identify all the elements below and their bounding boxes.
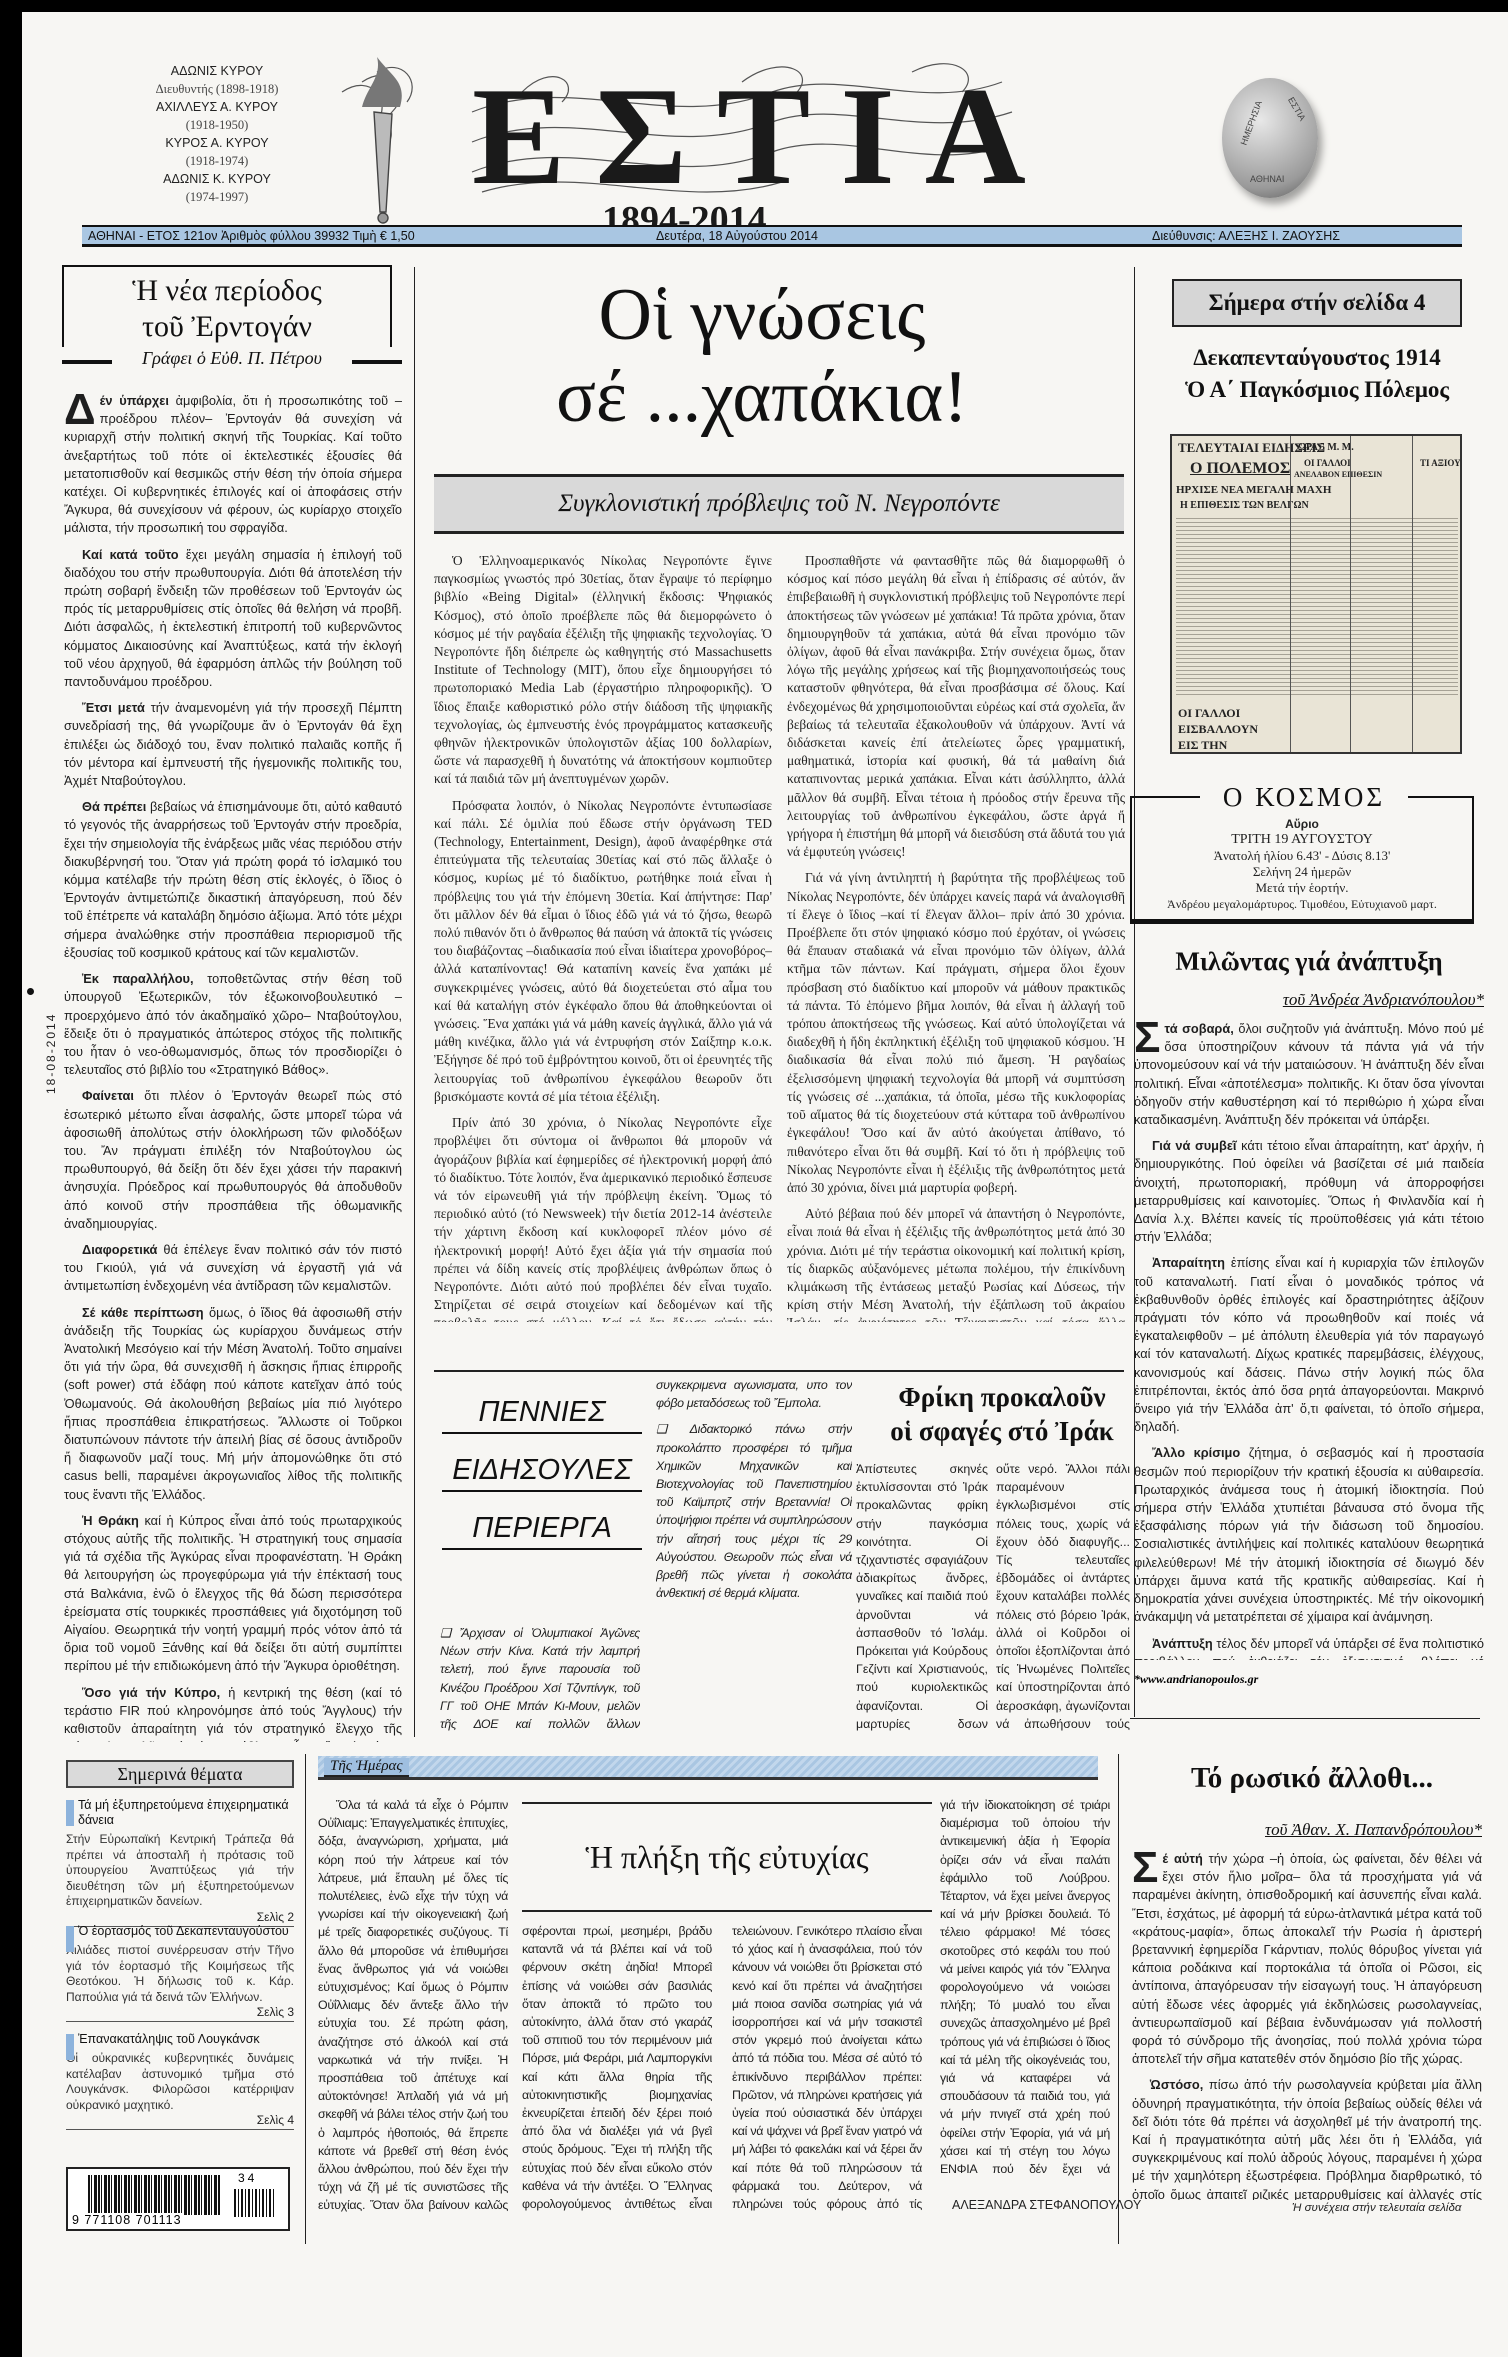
founder-years: (1918-1950) xyxy=(142,116,292,134)
para-lead: Ἀνάπτυξη xyxy=(1152,1636,1213,1651)
topic-title[interactable]: Τά μή ἐξυπηρετούμενα ἐπιχειρηματικά δάνε… xyxy=(66,1798,294,1828)
feature-heading: Δεκαπενταύγουστος 1914 Ὁ Α΄ Παγκόσμιος Π… xyxy=(1142,342,1492,406)
briefs-title-line: ΠΕΡΙΕΡΓΑ xyxy=(442,1510,642,1550)
coin-emblem-icon: ΗΜΕΡΗΣΙΑ ΕΣΤΙΑ ΑΘΗΝΑΙ xyxy=(1222,78,1318,198)
almanac-box: Ο ΚΟΣΜΟΣ Αὔριο ΤΡΙΤΗ 19 ΑΥΓΟΥΣΤΟΥ Ἀνατολ… xyxy=(1130,796,1474,924)
founder-name: ΑΔΩΝΙΣ Κ. ΚΥΡΟΥ xyxy=(142,170,292,188)
paragraph: Ὅλα τά καλά τά εἶχε ὁ Ρόμπιν Οὐΐλιαμς: Ἐ… xyxy=(318,1796,508,2216)
founders-list: ΑΔΩΝΙΣ ΚΥΡΟΥ Διευθυντής (1898-1918) ΑΧΙΛ… xyxy=(142,62,292,206)
topic-page-ref[interactable]: Σελὶς 3 xyxy=(66,2005,294,2022)
paragraph: ἐπίσης εἶναι καί ἡ κυριαρχία τῶν ἐπιλογῶ… xyxy=(1134,1255,1484,1434)
title-line: οἱ σφαγές στό Ἰράκ xyxy=(852,1414,1152,1448)
topic-desc: Οἱ οὐκρανικές κυβερνητικές δυνάμεις κατέ… xyxy=(66,2051,294,2113)
topic-item[interactable]: Ὁ ἑορτασμός τοῦ Δεκαπενταυγούστου Χιλιάδ… xyxy=(66,1924,294,2022)
para-lead: Ἐκ παραλλήλου, xyxy=(82,971,194,986)
paragraph: ὅλοι συζητοῦν γιά ἀνάπτυξη. Μόνο πού μέ … xyxy=(1134,1021,1484,1127)
paragraph: Πρίν ἀπό 30 χρόνια, ὁ Νίκολας Νεγροπόντε… xyxy=(434,1114,772,1322)
almanac-day: ΤΡΙΤΗ 19 ΑΥΓΟΥΣΤΟΥ xyxy=(1132,832,1472,848)
almanac-sun: Ἀνατολή ἡλίου 6.43' - Δύσις 8.13' xyxy=(1132,848,1472,864)
coin-text-left: ΗΜΕΡΗΣΙΑ xyxy=(1239,99,1264,146)
today-page4-box: Σήμερα στήν σελίδα 4 xyxy=(1172,279,1462,327)
iraq-article-title: Φρίκη προκαλοῦν οἱ σφαγές στό Ἰράκ xyxy=(852,1380,1152,1448)
paragraph: ὅμως, ὁ ἴδιος θά ἀφοσιωθῆ στήν ἀνάδειξη … xyxy=(64,1305,402,1502)
title-line: Ἡ νέα περίοδος xyxy=(64,273,390,309)
lead-bold: έ αὐτή xyxy=(1162,1851,1202,1866)
barcode: 34 9 771108 701113 xyxy=(66,2167,290,2231)
column-of-day-header: Τῆς Ἡμέρας xyxy=(318,1756,1098,1780)
paragraph: Προσπαθῆστε νά φαντασθῆτε πῶς θά διαμορφ… xyxy=(787,552,1125,861)
almanac-feast: Μετά τήν ἑορτήν. xyxy=(1132,880,1472,896)
column-of-day-col4: γιά τήν ἰδιοκατοίκηση σέ τριάρι διαμέρισ… xyxy=(940,1796,1110,2176)
clip-text: Ο ΠΟΛΕΜΟΣ xyxy=(1190,460,1290,478)
paragraph: κάτι τέτοιο εἶναι ἀπαραίτητη, κατ' ἀρχήν… xyxy=(1134,1138,1484,1244)
column-signature: ΑΛΕΞΑΝΔΡΑ ΣΤΕΦΑΝΟΠΟΥΛΟΥ xyxy=(952,2198,1141,2212)
paragraph: Ἀπίστευτες σκηνές ἐκτυλίσσονται στό Ἰράκ… xyxy=(856,1460,988,1735)
dropcap: Σ xyxy=(1134,1020,1160,1056)
main-story-col1: Ὁ Ἑλληνοαμερικανός Νίκολας Νεγροπόντε ἔγ… xyxy=(434,552,772,1322)
todays-topics-header: Σημερινά θέματα xyxy=(66,1760,294,1788)
paragraph: Ὁ Ἑλληνοαμερικανός Νίκολας Νεγροπόντε ἔγ… xyxy=(434,552,772,789)
almanac-title: Ο ΚΟΣΜΟΣ xyxy=(1200,782,1408,812)
paragraph: οὔτε νερό. Ἄλλοι πάλι παραμένουν ἐγκλωβι… xyxy=(996,1460,1130,1735)
paragraph: τήν χώρα –ἡ ὁποία, ὡς φαίνεται, δέν θέλε… xyxy=(1132,1851,1482,2066)
paragraph: καί ἡ Κύπρος εἶναι ἀπό τούς πρωταρχικούς… xyxy=(64,1513,402,1674)
development-article-body: Στά σοβαρά, ὅλοι συζητοῦν γιά ἀνάπτυξη. … xyxy=(1134,1020,1484,1660)
russian-article-title: Τό ρωσικό ἄλλοθι... xyxy=(1142,1762,1482,1795)
column-divider xyxy=(1118,1754,1119,2244)
founder-name: ΑΔΩΝΙΣ ΚΥΡΟΥ xyxy=(142,62,292,80)
title-line: Φρίκη προκαλοῦν xyxy=(852,1380,1152,1414)
clip-text: ΩΡΑ 5 Μ. Μ. xyxy=(1298,442,1354,453)
briefs-title-line: ΠΕΝΝΙΕΣ xyxy=(442,1394,642,1434)
paragraph: πίσω ἀπό τήν ρωσολαγνεία κρύβεται μία ἄλ… xyxy=(1132,2077,1482,2200)
clip-body-texture xyxy=(1176,518,1458,698)
column-of-day-col3: τελειώνουν. Γενικότερο πλαίσιο εἶναι τό … xyxy=(732,1922,922,2216)
topic-item[interactable]: Ἐπανακατάληψις τοῦ Λουγκάνσκ Οἱ οὐκρανικ… xyxy=(66,2032,294,2130)
founder-years: (1918-1974) xyxy=(142,152,292,170)
iraq-article-col2: οὔτε νερό. Ἄλλοι πάλι παραμένουν ἐγκλωβι… xyxy=(996,1460,1130,1735)
footnote-url[interactable]: *www.andrianopoulos.gr xyxy=(1134,1672,1258,1687)
column-of-day-col2: σφέρονται πρωί, μεσημέρι, βράδυ καταντᾶ … xyxy=(522,1922,712,2216)
info-bar: ΑΘΗΝΑΙ - ΕΤΟΣ 121ον Ἀριθμὸς φύλλου 39932… xyxy=(82,225,1462,247)
column-divider xyxy=(414,267,415,1737)
title-line: τοῦ Ἐρντογάν xyxy=(64,309,390,345)
lead-bold: έν ὑπάρχει xyxy=(100,393,169,408)
section-divider xyxy=(1130,1718,1480,1719)
clip-text: ΤΙ ΑΞΙΟΥΝ xyxy=(1420,458,1462,468)
lead-bold: τά σοβαρά, xyxy=(1164,1021,1233,1036)
clip-text: ΟΙ ΓΑΛΛΟΙ xyxy=(1178,706,1240,721)
feature-line: Ὁ Α΄ Παγκόσμιος Πόλεμος xyxy=(1142,374,1492,406)
dropcap: Σ xyxy=(1132,1850,1158,1886)
para-lead: Καί κατά τοῦτο xyxy=(82,547,179,562)
coin-text-bottom: ΑΘΗΝΑΙ xyxy=(1250,174,1284,184)
para-lead: Ἡ Θράκη xyxy=(82,1513,139,1528)
paragraph: Πρόσφατα λοιπόν, ὁ Νίκολας Νεγροπόντε ἐν… xyxy=(434,797,772,1106)
para-lead: Ὅσο γιά τήν Κύπρο, xyxy=(82,1685,220,1700)
barcode-addon-icon xyxy=(234,2189,274,2217)
almanac-saints: Ἀνδρέου μεγαλομάρτυρος. Τιμοθέου, Εὐτυχι… xyxy=(1132,896,1472,912)
clip-text: ΑΝΕΛΑΒΟΝ ΕΠΙΘΕΣΙΝ xyxy=(1294,470,1382,479)
issue-info: ΑΘΗΝΑΙ - ΕΤΟΣ 121ον Ἀριθμὸς φύλλου 39932… xyxy=(88,227,415,245)
clip-text: ΟΙ ΓΑΛΛΟΙ xyxy=(1304,458,1351,468)
section-divider xyxy=(434,1370,1124,1372)
almanac-moon: Σελήνη 24 ἡμερῶν xyxy=(1132,864,1472,880)
topic-desc: Στήν Εὐρωπαϊκή Κεντρική Τράπεζα θά πρέπε… xyxy=(66,1832,294,1910)
almanac-tomorrow: Αὔριο xyxy=(1132,816,1472,832)
column-of-day-title: Ἡ πλήξη τῆς εὐτυχίας xyxy=(522,1802,932,1912)
column-divider xyxy=(305,1754,306,2244)
issue-date: Δευτέρα, 18 Αὐγούστου 2014 xyxy=(656,227,818,245)
topic-title[interactable]: Ἐπανακατάληψις τοῦ Λουγκάνσκ xyxy=(66,2032,294,2047)
topic-item[interactable]: Τά μή ἐξυπηρετούμενα ἐπιχειρηματικά δάνε… xyxy=(66,1798,294,1927)
development-article-title: Μιλῶντας γιά ἀνάπτυξη xyxy=(1134,947,1484,977)
brief-item-2: ❑ Ἄρχισαν οἱ Ὀλυμπιακοί Ἀγῶνες Νέων στήν… xyxy=(656,1382,852,1734)
feature-line: Δεκαπενταύγουστος 1914 xyxy=(1142,342,1492,374)
founder-name: ΚΥΡΟΣ Α. ΚΥΡΟΥ xyxy=(142,134,292,152)
paragraph: ἔχει μεγάλη σημασία ἡ ἐπιλογή τοῦ διαδόχ… xyxy=(64,547,402,689)
paragraph: τοποθετῶντας στήν θέση τοῦ ὑπουργοῦ Ἐξωτ… xyxy=(64,971,402,1077)
para-lead: Ὡστόσο, xyxy=(1150,2077,1203,2092)
main-story-col2: Προσπαθῆστε νά φαντασθῆτε πῶς θά διαμορφ… xyxy=(787,552,1125,1322)
founder-years: Διευθυντής (1898-1918) xyxy=(142,80,292,98)
clip-text: ΕΙΣΒΑΛΛΟΥΝ xyxy=(1178,722,1258,737)
paragraph: σφέρονται πρωί, μεσημέρι, βράδυ καταντᾶ … xyxy=(522,1922,712,2216)
para-lead: Θά πρέπει xyxy=(82,799,146,814)
para-lead: Διαφορετικά xyxy=(82,1242,157,1257)
column-of-day-col1: Ὅλα τά καλά τά εἶχε ὁ Ρόμπιν Οὐΐλιαμς: Ἐ… xyxy=(318,1796,508,2216)
paragraph: ζήτημα, ὁ σεβασμός καί ἡ προστασία θεσμῶ… xyxy=(1134,1445,1484,1624)
para-lead: Γιά νά συμβεῖ xyxy=(1152,1138,1236,1153)
paragraph: τελειώνουν. Γενικότερο πλαίσιο εἶναι τό … xyxy=(732,1922,922,2216)
para-lead: Σέ κάθε περίπτωση xyxy=(82,1305,204,1320)
side-date-stamp: 18-08-2014 xyxy=(44,1004,58,1094)
coin-text-right: ΕΣΤΙΑ xyxy=(1286,95,1307,122)
column-label: Τῆς Ἡμέρας xyxy=(324,1758,409,1777)
topic-title[interactable]: Ὁ ἑορτασμός τοῦ Δεκαπενταυγούστου xyxy=(66,1924,294,1939)
briefs-title-line: ΕΙΔΗΣΟΥΛΕΣ xyxy=(442,1452,642,1492)
para-lead: Ἄλλο κρίσιμο xyxy=(1152,1445,1240,1460)
director-name: Διεύθυνσις: ΑΛΕΞΗΣ Ι. ΖΑΟΥΣΗΣ xyxy=(1152,227,1340,245)
development-article-author: τοῦ Ἀνδρέα Ἀνδριανόπουλου* xyxy=(1134,990,1484,1010)
headline-line: Οἱ γνώσεις xyxy=(442,274,1082,356)
barcode-number: 9 771108 701113 xyxy=(72,2213,182,2227)
brief-text: ❑ Διδακτορικό πάνω στήν προκολάπτο προσφ… xyxy=(656,1420,852,1602)
para-lead: Ἀπαραίτητη xyxy=(1152,1255,1225,1270)
paragraph: Γιά νά γίνη ἀντιληπτή ἡ βαρύτητα τῆς προ… xyxy=(787,869,1125,1197)
main-subhead: Συγκλονιστική πρόβλεψις τοῦ Ν. Νεγροπόντ… xyxy=(434,474,1124,534)
newspaper-title: ΕΣΤΙΑ xyxy=(472,62,1056,212)
russian-article-body: Σέ αὐτή τήν χώρα –ἡ ὁποία, ὡς φαίνεται, … xyxy=(1132,1850,1482,2200)
bullet-dot xyxy=(27,988,34,995)
dropcap: Δ xyxy=(64,392,96,428)
paragraph: ὅτι πλέον ὁ Ἐρντογάν θεωρεῖ πώς στό ἐσωτ… xyxy=(64,1088,402,1230)
para-lead: Φαίνεται xyxy=(82,1088,134,1103)
left-article-byline: Γράφει ὁ Εὐθ. Π. Πέτρου xyxy=(62,348,402,369)
historic-newspaper-clipping: ΤΕΛΕΥΤΑΙΑΙ ΕΙΔΗΣΕΙΣ Ο ΠΟΛΕΜΟΣ ΗΡΧΙΣΕ ΝΕΑ… xyxy=(1170,434,1462,754)
founder-years: (1974-1997) xyxy=(142,188,292,206)
para-lead: Ἔτσι μετά xyxy=(82,700,145,715)
briefs-title: ΠΕΝΝΙΕΣ ΕΙΔΗΣΟΥΛΕΣ ΠΕΡΙΕΡΓΑ xyxy=(442,1394,642,1568)
founder-name: ΑΧΙΛΛΕΥΣ Α. ΚΥΡΟΥ xyxy=(142,98,292,116)
paragraph: βεβαίως νά ἐπισημάνουμε ὅτι, αὐτό καθαυτ… xyxy=(64,799,402,960)
paragraph: Αὐτό βέβαια πού δέν μπορεῖ νά ἀπαντήση ὁ… xyxy=(787,1205,1125,1322)
brief-text: ❑ Ἄρχισαν οἱ Ὀλυμπιακοί Ἀγῶνες Νέων στήν… xyxy=(440,1624,640,1734)
left-article-title: Ἡ νέα περίοδος τοῦ Ἐρντογάν xyxy=(62,265,392,347)
paragraph: γιά τήν ἰδιοκατοίκηση σέ τριάρι διαμέρισ… xyxy=(940,1796,1110,2176)
clip-text: ΕΙΣ ΤΗΝ xyxy=(1178,738,1227,753)
iraq-article-col1: Ἀπίστευτες σκηνές ἐκτυλίσσονται στό Ἰράκ… xyxy=(856,1460,988,1735)
main-headline: Οἱ γνώσεις σέ ...χαπάκια! xyxy=(442,274,1082,438)
barcode-bars-icon xyxy=(88,2175,220,2215)
newspaper-front-page: ΑΔΩΝΙΣ ΚΥΡΟΥ Διευθυντής (1898-1918) ΑΧΙΛ… xyxy=(22,12,1508,2357)
brief-item-1: ❑ Ἄρχισαν οἱ Ὀλυμπιακοί Ἀγῶνες Νέων στήν… xyxy=(440,1624,640,1734)
russian-article-author: τοῦ Ἀθαν. Χ. Παπανδρόπουλου* xyxy=(1132,1820,1482,1840)
issue-number: 34 xyxy=(238,2171,257,2185)
clip-text: ΗΡΧΙΣΕ ΝΕΑ ΜΕΓΑΛΗ ΜΑΧΗ xyxy=(1176,484,1331,496)
left-article-body: Δέν ὑπάρχει ἀμφιβολία, ὅτι ἡ προσωπικότη… xyxy=(64,392,402,1742)
paragraph: ἀμφιβολία, ὅτι ἡ προσωπικότης τοῦ –προέδ… xyxy=(64,393,402,535)
continued-note[interactable]: Ἡ συνέχεια στήν τελευταία σελίδα xyxy=(1292,2202,1461,2214)
headline-line: σέ ...χαπάκια! xyxy=(442,356,1082,438)
topic-desc: Χιλιάδες πιστοί συνέρρευσαν στήν Τῆνο γι… xyxy=(66,1943,294,2005)
topic-page-ref[interactable]: Σελὶς 4 xyxy=(66,2113,294,2130)
masthead-logo: ΕΣΤΙΑ 1894-2014 xyxy=(322,52,1042,222)
brief-text: ❑ Ἄρχισαν οἱ Ὀλυμπιακοί Ἀγῶνες Νέων στήν… xyxy=(656,1382,852,1412)
